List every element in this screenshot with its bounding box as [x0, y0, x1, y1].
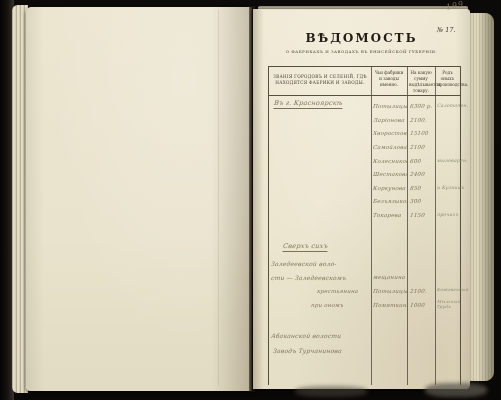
- kind-entry: Кожевенный: [437, 287, 460, 292]
- section-heading-district: Сверхъ сихъ: [282, 242, 328, 252]
- amount-entry: 2100: [410, 145, 434, 151]
- owner-entry: Колесникова: [373, 159, 408, 165]
- owner-entry: Помяткина: [373, 303, 408, 309]
- owner-entry: Ларіонова: [373, 118, 408, 124]
- amount-entry: 15100: [410, 131, 434, 137]
- column-header-amount: На какую сумму выдѣлывается товару.: [409, 70, 433, 94]
- table-header-rule: [269, 95, 460, 96]
- kind-entry: мыловарен.: [437, 159, 460, 164]
- kind-entry: и Кузницъ: [437, 186, 460, 191]
- owner-entry: Потылицына: [373, 289, 408, 295]
- owner-entry: Хворостова: [373, 131, 408, 137]
- place-entry: крестьянина: [317, 289, 359, 295]
- document-title: ВѢДОМОСТЬ: [253, 31, 470, 45]
- kind-entry: прочихъ: [437, 213, 460, 218]
- footer-entry: Заводъ Турчанинова: [273, 348, 343, 355]
- amount-entry: 2100.: [410, 289, 434, 295]
- footer-entry: Абаканской волости: [271, 333, 342, 340]
- amount-entry: 300: [410, 199, 434, 205]
- column-header-owners: Чьи фабрики и заводы именно.: [373, 70, 405, 88]
- table-column-rule: [371, 67, 372, 385]
- column-header-places: ЗВАНІЯ ГОРОДОВЪ И СЕЛЕНІЙ, ГДѢ НАХОДЯТСЯ…: [272, 74, 368, 86]
- amount-entry: 6300 р.: [410, 104, 434, 110]
- owner-entry: Токарева: [373, 213, 408, 219]
- amount-entry: 850: [410, 186, 434, 192]
- shadow-blob: [295, 386, 367, 397]
- place-entry: Заледеевской воло-: [271, 261, 337, 268]
- register-table: ЗВАНІЯ ГОРОДОВЪ И СЕЛЕНІЙ, ГДѢ НАХОДЯТСЯ…: [268, 66, 461, 385]
- owner-entry: мещанина —: [373, 275, 408, 281]
- amount-entry: 2400: [410, 172, 434, 178]
- owner-entry: Потылицына: [373, 104, 408, 110]
- owner-entry: Шестакова: [373, 172, 408, 178]
- table-column-rule: [407, 67, 408, 385]
- section-heading-city: Въ г. Красноярскѣ: [273, 99, 343, 109]
- book-photo: 199 № 17. ВѢДОМОСТЬ О ФАБРИКАХЪ И ЗАВОДА…: [0, 0, 501, 400]
- amount-entry: 1000: [410, 303, 434, 309]
- kind-entry: Салотопен.: [437, 104, 460, 109]
- owner-entry: Коркунова: [373, 186, 408, 192]
- owner-entry: Безъязыкова: [373, 199, 408, 205]
- table-column-rule: [435, 67, 436, 385]
- column-header-kind: Родъ оныхъ производства.: [437, 70, 458, 88]
- shadow-blob: [425, 383, 487, 397]
- amount-entry: 1150: [410, 213, 434, 219]
- left-page-crease: [218, 10, 219, 386]
- owner-entry: Самойлова: [373, 145, 408, 151]
- place-entry: сти — Заледеевскомъ: [271, 275, 347, 282]
- fore-edge-pages: [470, 13, 494, 381]
- document-subtitle: О ФАБРИКАХЪ И ЗАВОДАХЪ ВЪ ЕНИСЕЙСКОЙ ГУБ…: [253, 49, 470, 54]
- amount-entry: 600: [410, 159, 434, 165]
- place-entry: при ономъ: [311, 303, 344, 309]
- kind-entry: Мыльный Трудъ: [436, 299, 459, 310]
- amount-entry: 2100.: [410, 118, 434, 124]
- top-sheet-edges: [258, 6, 468, 10]
